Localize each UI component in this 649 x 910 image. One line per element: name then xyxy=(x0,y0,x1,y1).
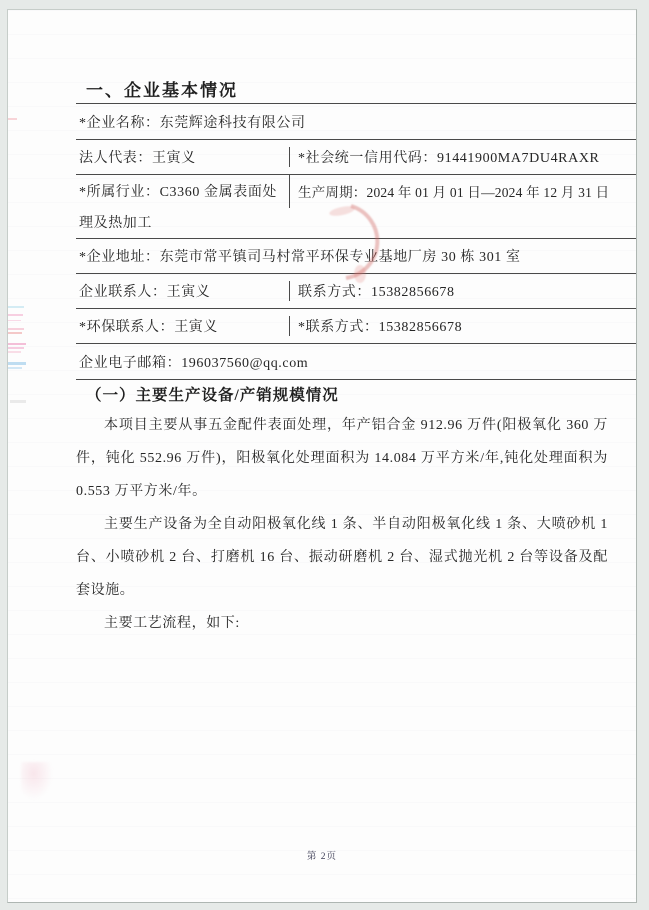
table-row: *所属行业：C3360 金属表面处理及热加工 生产周期：2024 年 01 月 … xyxy=(76,175,636,239)
scan-artifact-streak xyxy=(8,347,24,349)
table-cell-company-email: 企业电子邮箱：196037560@qq.com xyxy=(76,352,636,372)
page-number: 第 2页 xyxy=(8,848,636,862)
scan-artifact-streak xyxy=(8,343,26,345)
scan-artifact-smudge xyxy=(21,762,53,800)
scan-artifact-streak xyxy=(8,328,24,330)
section-title: 一、企业基本情况 xyxy=(86,76,238,101)
scan-artifact-streak xyxy=(8,306,24,308)
table-cell-company-address: *企业地址：东莞市常平镇司马村常平环保专业基地厂房 30 栋 301 室 xyxy=(76,246,636,266)
scan-artifact-streak xyxy=(8,332,22,334)
table-cell-industry: *所属行业：C3360 金属表面处理及热加工 xyxy=(76,175,289,239)
table-cell-company-name: *企业名称：东莞辉途科技有限公司 xyxy=(76,112,636,132)
table-row: 企业电子邮箱：196037560@qq.com xyxy=(76,344,636,380)
scan-artifact-streak xyxy=(8,362,26,365)
scan-artifact-streak xyxy=(8,314,23,316)
document-page: 一、企业基本情况 *企业名称：东莞辉途科技有限公司 法人代表：王寅义 *社会统一… xyxy=(7,9,637,903)
table-cell-contact-phone: 联系方式：15382856678 xyxy=(289,281,636,301)
table-cell-env-contact-phone: *联系方式：15382856678 xyxy=(289,316,636,336)
table-row: 法人代表：王寅义 *社会统一信用代码：91441900MA7DU4RAXR xyxy=(76,140,636,175)
body-paragraphs: 本项目主要从事五金配件表面处理，年产铝合金 912.96 万件(阳极氧化 360… xyxy=(76,409,608,640)
paragraph-process-flow-intro: 主要工艺流程，如下: xyxy=(76,607,608,640)
scan-artifact-streak xyxy=(8,118,17,120)
scan-artifact-streak xyxy=(10,400,26,403)
paragraph-main-equipment: 主要生产设备为全自动阳极氧化线 1 条、半自动阳极氧化线 1 条、大喷砂机 1 … xyxy=(76,508,608,607)
paragraph-production-scale: 本项目主要从事五金配件表面处理，年产铝合金 912.96 万件(阳极氧化 360… xyxy=(76,409,608,508)
company-info-table: *企业名称：东莞辉途科技有限公司 法人代表：王寅义 *社会统一信用代码：9144… xyxy=(76,103,636,380)
table-row: *企业名称：东莞辉途科技有限公司 xyxy=(76,104,636,140)
table-row: 企业联系人：王寅义 联系方式：15382856678 xyxy=(76,274,636,309)
scanned-page-background: 一、企业基本情况 *企业名称：东莞辉途科技有限公司 法人代表：王寅义 *社会统一… xyxy=(0,0,649,910)
scan-artifact-streak xyxy=(8,367,22,369)
subsection-title: （一）主要生产设备/产销规模情况 xyxy=(86,383,339,405)
table-cell-env-contact: *环保联系人：王寅义 xyxy=(76,316,289,336)
scan-artifact-streak xyxy=(8,320,21,321)
table-cell-production-period: 生产周期：2024 年 01 月 01 日—2024 年 12 月 31 日 xyxy=(289,175,636,208)
table-row: *企业地址：东莞市常平镇司马村常平环保专业基地厂房 30 栋 301 室 xyxy=(76,239,636,274)
table-row: *环保联系人：王寅义 *联系方式：15382856678 xyxy=(76,309,636,344)
table-cell-credit-code: *社会统一信用代码：91441900MA7DU4RAXR xyxy=(289,147,636,167)
table-cell-company-contact: 企业联系人：王寅义 xyxy=(76,281,289,301)
scan-artifact-streak xyxy=(8,351,21,353)
table-cell-legal-representative: 法人代表：王寅义 xyxy=(76,147,289,167)
